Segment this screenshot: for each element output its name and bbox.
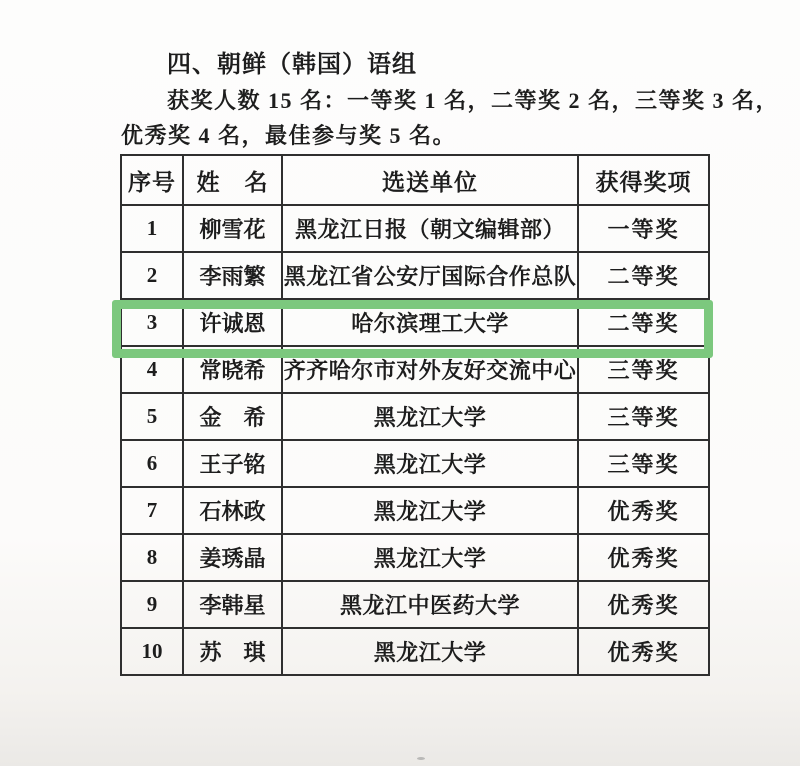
- table-row: 4常晓希齐齐哈尔市对外友好交流中心三等奖: [121, 346, 709, 393]
- table-header-row: 序号 姓 名 选送单位 获得奖项: [121, 155, 709, 205]
- section-heading: 四、朝鲜（韩国）语组: [167, 44, 417, 79]
- scan-artifact-speck: [417, 757, 425, 760]
- table-row: 5金 希黑龙江大学三等奖: [121, 393, 709, 440]
- cell-award: 优秀奖: [578, 534, 709, 581]
- cell-award: 二等奖: [578, 299, 709, 346]
- cell-name: 李雨繁: [183, 252, 282, 299]
- table-row: 2李雨繁黑龙江省公安厅国际合作总队二等奖: [121, 252, 709, 299]
- cell-unit: 黑龙江大学: [282, 487, 578, 534]
- cell-unit: 黑龙江日报（朝文编辑部）: [282, 205, 578, 252]
- cell-award: 三等奖: [578, 440, 709, 487]
- cell-no: 7: [121, 487, 183, 534]
- table-row: 8姜琇晶黑龙江大学优秀奖: [121, 534, 709, 581]
- intro-text-line-2: 优秀奖 4 名，最佳参与奖 5 名。: [121, 119, 456, 150]
- table-row: 6王子铭黑龙江大学三等奖: [121, 440, 709, 487]
- cell-award: 三等奖: [578, 346, 709, 393]
- cell-no: 3: [121, 299, 183, 346]
- cell-name: 常晓希: [183, 346, 282, 393]
- cell-name: 苏 琪: [183, 628, 282, 675]
- cell-no: 2: [121, 252, 183, 299]
- scanned-document-page: { "page": { "heading": "四、朝鲜（韩国）语组", "in…: [0, 0, 800, 766]
- cell-unit: 黑龙江中医药大学: [282, 581, 578, 628]
- table-body: 1柳雪花黑龙江日报（朝文编辑部）一等奖2李雨繁黑龙江省公安厅国际合作总队二等奖3…: [121, 205, 709, 675]
- cell-award: 优秀奖: [578, 628, 709, 675]
- table-row: 9李韩星黑龙江中医药大学优秀奖: [121, 581, 709, 628]
- cell-name: 姜琇晶: [183, 534, 282, 581]
- cell-no: 1: [121, 205, 183, 252]
- intro-text-line-1: 获奖人数 15 名：一等奖 1 名，二等奖 2 名，三等奖 3 名，: [167, 84, 779, 115]
- cell-award: 一等奖: [578, 205, 709, 252]
- cell-no: 8: [121, 534, 183, 581]
- cell-name: 金 希: [183, 393, 282, 440]
- cell-unit: 黑龙江省公安厅国际合作总队: [282, 252, 578, 299]
- cell-award: 三等奖: [578, 393, 709, 440]
- cell-unit: 黑龙江大学: [282, 393, 578, 440]
- header-cell-number: 序号: [121, 155, 183, 205]
- cell-award: 优秀奖: [578, 581, 709, 628]
- cell-award: 二等奖: [578, 252, 709, 299]
- cell-award: 优秀奖: [578, 487, 709, 534]
- cell-no: 10: [121, 628, 183, 675]
- cell-unit: 黑龙江大学: [282, 534, 578, 581]
- table-row: 7石林政黑龙江大学优秀奖: [121, 487, 709, 534]
- header-cell-unit: 选送单位: [282, 155, 578, 205]
- table-row-highlighted: 3许诚恩哈尔滨理工大学二等奖: [121, 299, 709, 346]
- cell-name: 柳雪花: [183, 205, 282, 252]
- cell-no: 6: [121, 440, 183, 487]
- cell-unit: 黑龙江大学: [282, 628, 578, 675]
- cell-unit: 黑龙江大学: [282, 440, 578, 487]
- cell-no: 5: [121, 393, 183, 440]
- cell-unit: 哈尔滨理工大学: [282, 299, 578, 346]
- cell-name: 王子铭: [183, 440, 282, 487]
- award-winners-table: 序号 姓 名 选送单位 获得奖项 1柳雪花黑龙江日报（朝文编辑部）一等奖2李雨繁…: [120, 154, 710, 676]
- header-cell-award: 获得奖项: [578, 155, 709, 205]
- header-cell-name: 姓 名: [183, 155, 282, 205]
- cell-no: 4: [121, 346, 183, 393]
- table-row: 10苏 琪黑龙江大学优秀奖: [121, 628, 709, 675]
- cell-name: 许诚恩: [183, 299, 282, 346]
- table-row: 1柳雪花黑龙江日报（朝文编辑部）一等奖: [121, 205, 709, 252]
- cell-name: 石林政: [183, 487, 282, 534]
- cell-no: 9: [121, 581, 183, 628]
- cell-unit: 齐齐哈尔市对外友好交流中心: [282, 346, 578, 393]
- cell-name: 李韩星: [183, 581, 282, 628]
